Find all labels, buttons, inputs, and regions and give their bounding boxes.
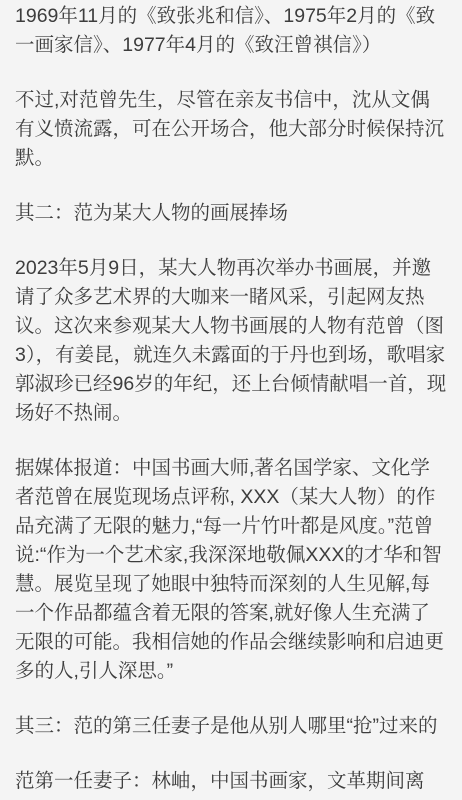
section-heading-part-three: 其三：范的第三任妻子是他从别人哪里“抢”过来的 [15, 712, 448, 741]
paragraph-exhibition-guests: 2023年5月9日，某大人物再次举办书画展，并邀请了众多艺术界的大咖来一睹风采，… [15, 254, 448, 428]
paragraph-media-quote: 据媒体报道：中国书画大师,著名国学家、文化学者范曾在展览现场点评称, XXX（某… [15, 454, 448, 686]
article-body: 1969年11月的《致张兆和信》、1975年2月的《致一画家信》、1977年4月… [0, 0, 462, 800]
paragraph-shen-congwen-silence: 不过,对范曾先生，尽管在亲友书信中，沈从文偶有义愤流露，可在公开场合，他大部分时… [15, 86, 448, 173]
paragraph-letters-list: 1969年11月的《致张兆和信》、1975年2月的《致一画家信》、1977年4月… [15, 2, 448, 60]
section-heading-part-two: 其二：范为某大人物的画展捧场 [15, 199, 448, 228]
paragraph-first-wife-truncated: 范第一任妻子：林岫，中国书画家，文革期间离 [15, 767, 448, 796]
